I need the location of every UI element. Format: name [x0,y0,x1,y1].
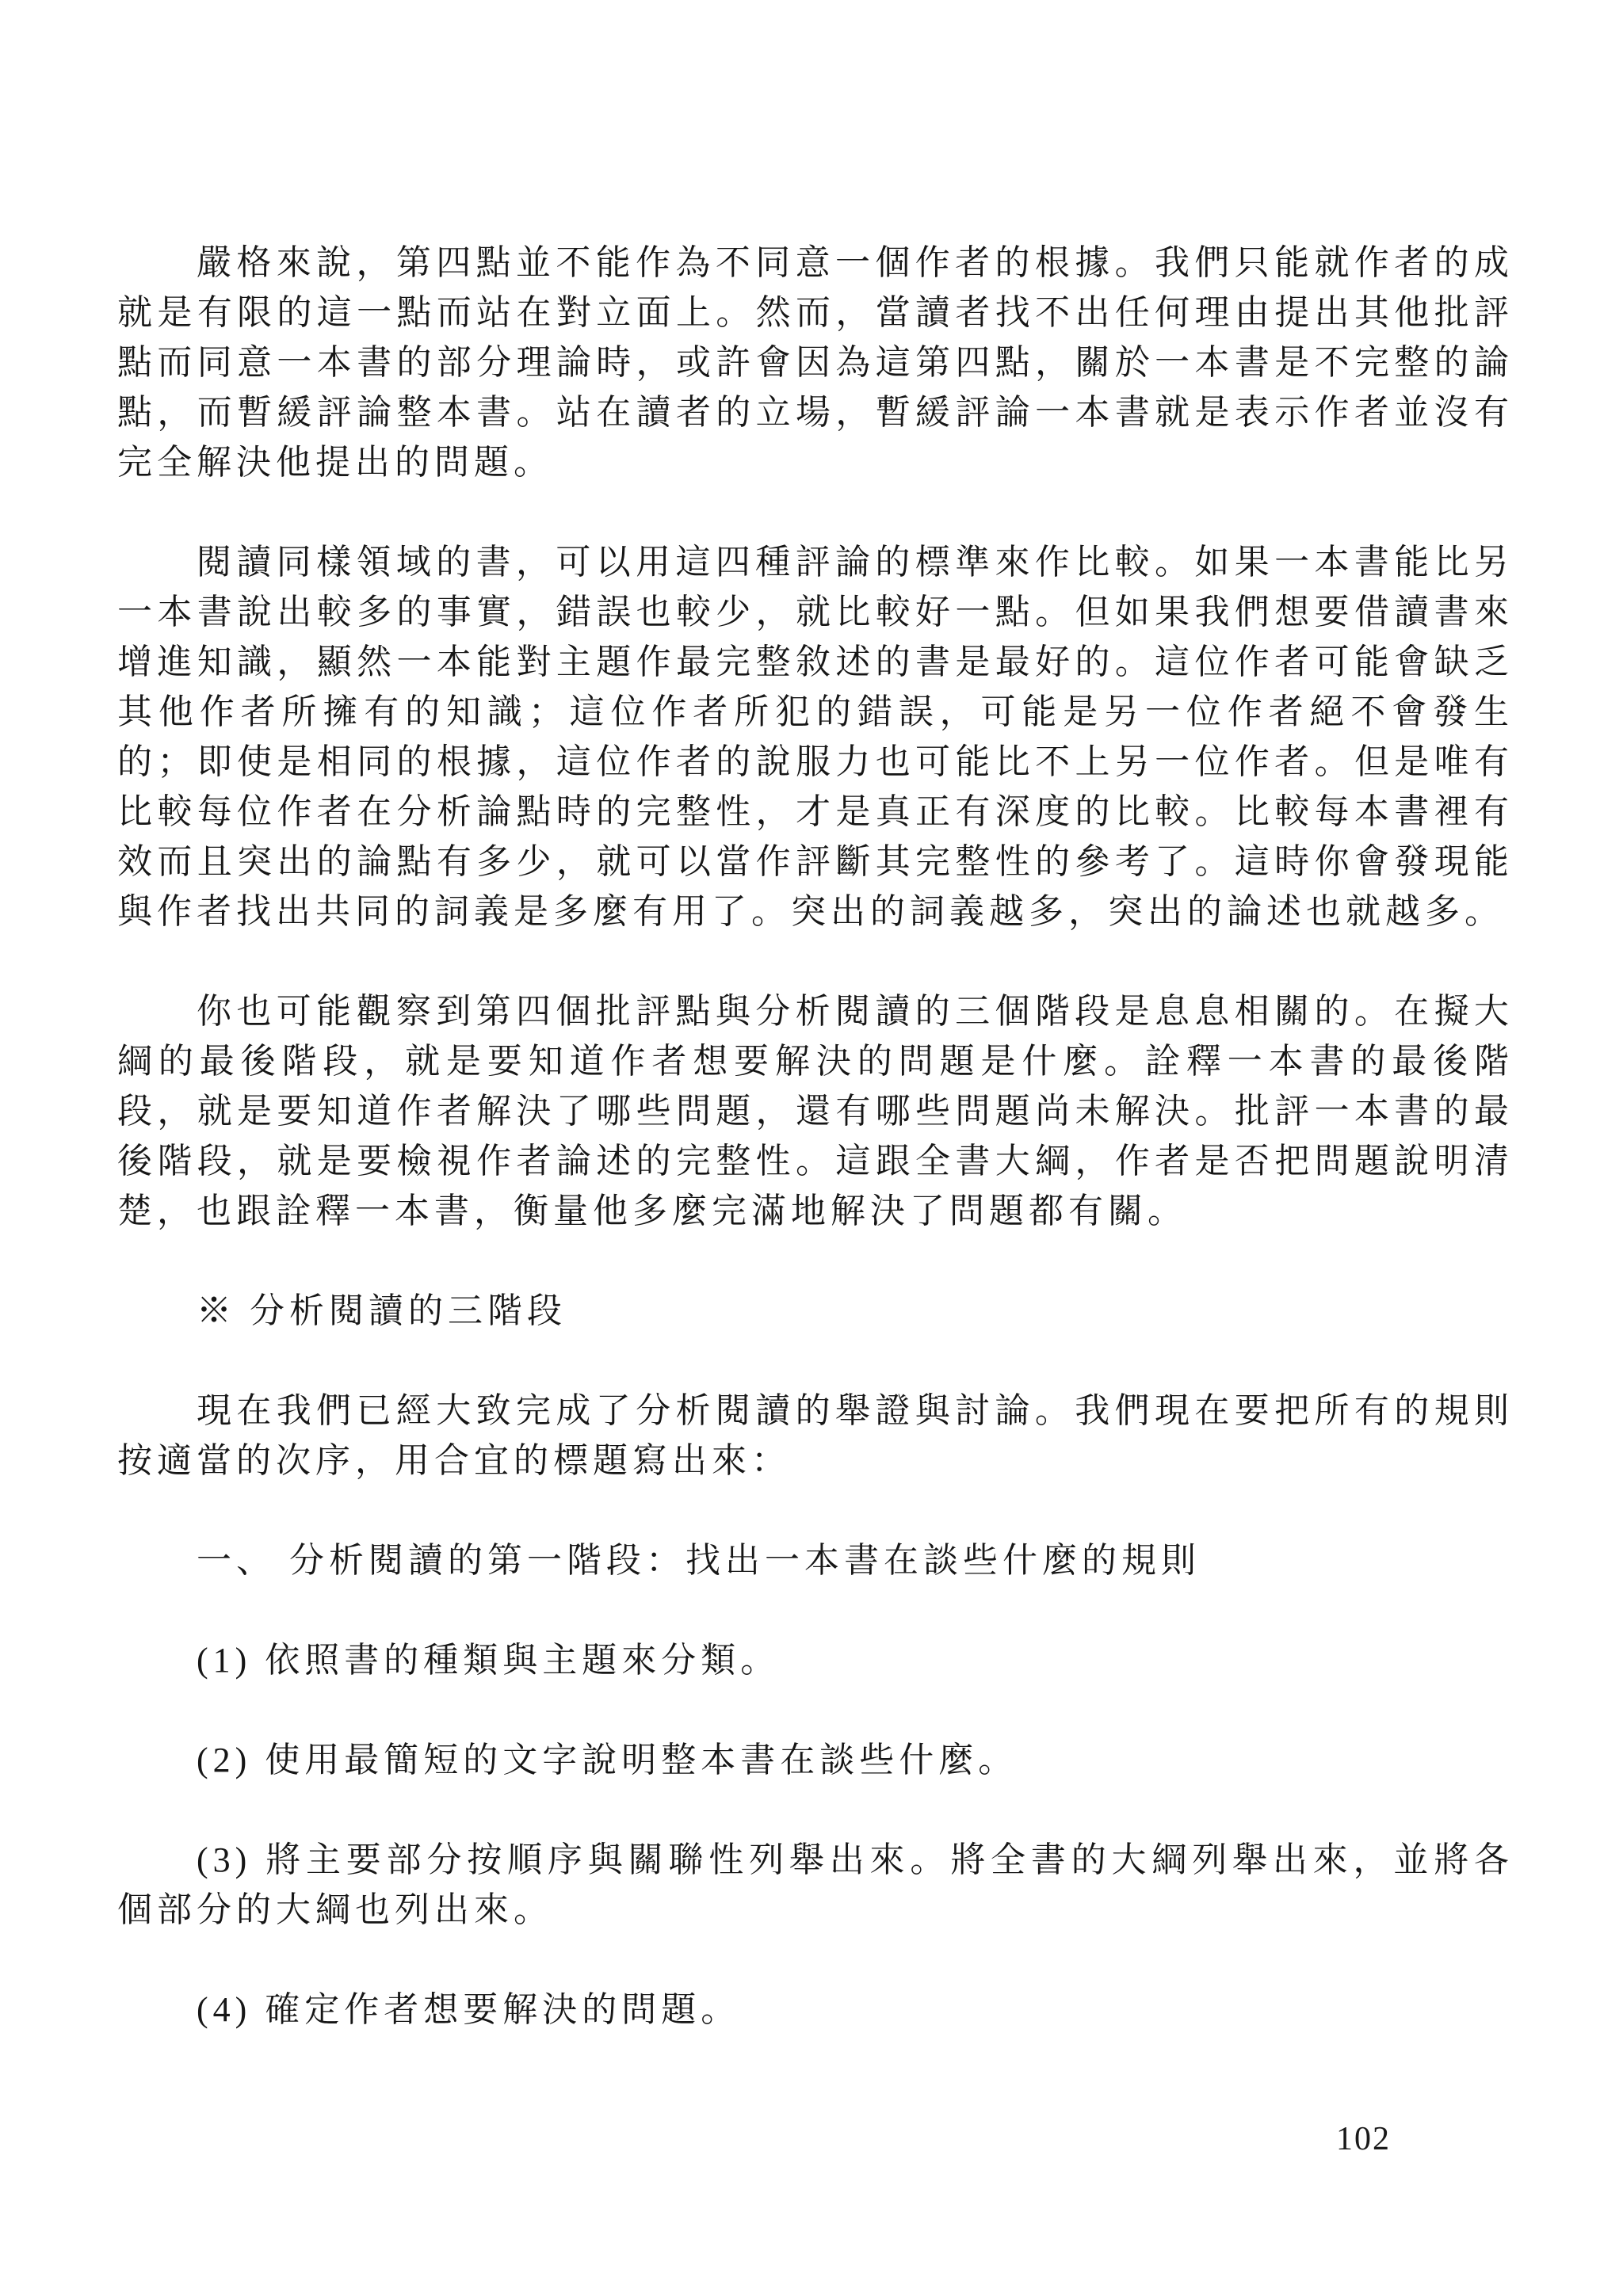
body-paragraph-2: 閱讀同樣領域的書，可以用這四種評論的標準來作比較。如果一本書能比另一本書說出較多… [117,537,1514,936]
rule-item-1: (1) 依照書的種類與主題來分類。 [117,1635,1514,1685]
body-paragraph-1: 嚴格來說，第四點並不能作為不同意一個作者的根據。我們只能就作者的成就是有限的這一… [117,238,1514,487]
body-paragraph-3: 你也可能觀察到第四個批評點與分析閱讀的三個階段是息息相關的。在擬大綱的最後階段，… [117,986,1514,1236]
page-number: 102 [1336,2120,1391,2158]
document-page: 嚴格來說，第四點並不能作為不同意一個作者的根據。我們只能就作者的成就是有限的這一… [0,0,1623,2296]
rule-item-4: (4) 確定作者想要解決的問題。 [117,1985,1514,2035]
body-paragraph-4: 現在我們已經大致完成了分析閱讀的舉證與討論。我們現在要把所有的規則按適當的次序，… [117,1386,1514,1486]
rule-item-3: (3) 將主要部分按順序與關聯性列舉出來。將全書的大綱列舉出來，並將各個部分的大… [117,1835,1514,1935]
stage-one-heading: 一、 分析閱讀的第一階段：找出一本書在談些什麼的規則 [117,1535,1514,1585]
rule-item-2: (2) 使用最簡短的文字說明整本書在談些什麼。 [117,1735,1514,1785]
page-content: 嚴格來說，第四點並不能作為不同意一個作者的根據。我們只能就作者的成就是有限的這一… [117,238,1514,2084]
section-heading: ※ 分析閱讀的三階段 [117,1286,1514,1336]
